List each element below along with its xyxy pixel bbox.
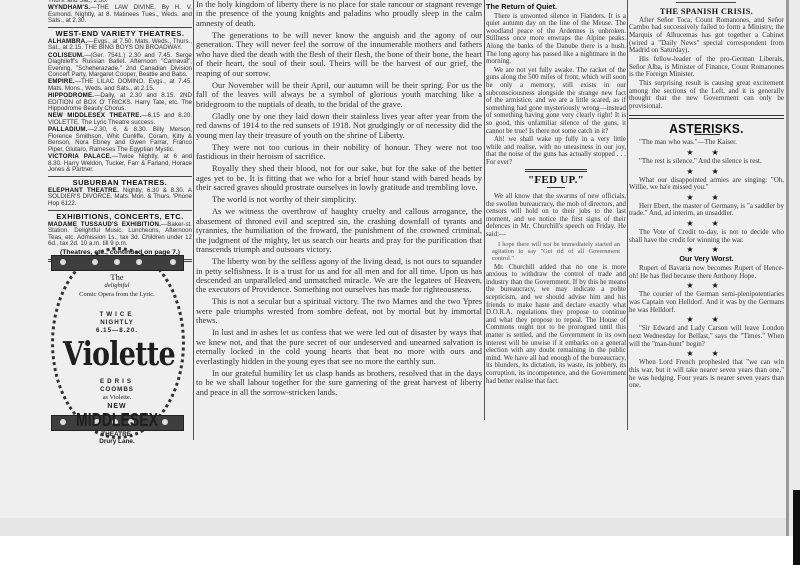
ad-line: Drury Lane. <box>51 438 183 445</box>
ad-line: as Violette. <box>51 394 183 401</box>
article-paragraph: In the holy kingdom of liberty there is … <box>196 0 482 28</box>
return-of-quiet-heading: The Return of Quiet. <box>486 3 626 11</box>
star-separator-icon: ★ ★ <box>629 219 784 228</box>
listing-entry: COLISEUM.—(Ger. 7541.) 2.30 and 7.45. Se… <box>48 53 192 79</box>
ad-line: NIGHTLY <box>51 319 183 326</box>
article-paragraph: As we witness the overthrow of haughty c… <box>196 207 482 254</box>
asterisks-items: "The man who was."—The Kaiser.★ ★"The re… <box>629 139 784 244</box>
newspaper-page: Thurs. and Sat., 2.30. WYNDHAM'S.—THE LA… <box>0 0 788 518</box>
article-paragraph: Royally they shed their blood, not for o… <box>196 164 482 192</box>
ad-title: Violette <box>63 337 171 371</box>
asterisk-item: The Vote of Credit to-day, is not to dec… <box>629 229 784 244</box>
article-paragraph: The liberty won by the selfless agony of… <box>196 257 482 295</box>
ad-line: Comic Opera from the Lyric. <box>51 291 183 298</box>
asterisk-item: What our disappointed armies are singing… <box>629 177 784 192</box>
ad-line: delightful <box>51 282 183 289</box>
article-paragraph: Our November will be their April, our au… <box>196 81 482 109</box>
our-very-worst-heading: Our Very Worst. <box>629 255 784 263</box>
main-article: In the holy kingdom of liberty there is … <box>196 0 482 400</box>
article-paragraph: In lust and in ashes let us confess that… <box>196 328 482 366</box>
listing-entry: EMPIRE.—THE LILAC DOMINO. Evgs., at 7.45… <box>48 79 192 92</box>
article-paragraph: In our grateful humility let us clasp ha… <box>196 369 482 397</box>
asterisk-item: The courier of the German semi-plenipote… <box>629 291 784 314</box>
listing-entry: HIPPODROME.—Daily, at 2.30 and 8.15. 2ND… <box>48 93 192 113</box>
asterisk-item: "Sir Edward and Lady Carson will leave L… <box>629 325 784 348</box>
ad-line: 6.15—8.20. <box>51 327 183 334</box>
column-rule <box>193 0 194 440</box>
listing-entry: PALLADIUM.—2.30, 6, & 8.30. Billy Merson… <box>48 127 192 153</box>
listing-entry: ELEPHANT THEATRE. Nightly, 6.30 & 8.30. … <box>48 188 192 208</box>
divider <box>48 176 192 177</box>
listing-entry: NEW MIDDLESEX THEATRE.—6.15 and 8.20. VI… <box>48 113 192 126</box>
star-separator-icon: ★ ★ <box>629 245 784 254</box>
paragraph: There is unwonted silence in Flanders. I… <box>486 13 626 66</box>
churchill-quote: I hope there will not be immediately sta… <box>492 241 620 262</box>
star-separator-icon: ★ ★ <box>629 349 784 358</box>
ad-line: COOMBS <box>51 386 183 393</box>
paragraph: We are not yet fully awake. The racket o… <box>486 67 626 135</box>
star-separator-icon: ★ ★ <box>629 148 784 157</box>
star-separator-icon: ★ ★ <box>629 281 784 290</box>
section-heading-suburban: SUBURBAN THEATRES. <box>48 179 192 187</box>
exhibitions-list: MADAME TUSSAUD'S EXHIBITION.—Baker-st. S… <box>48 222 192 248</box>
return-of-quiet-body: There is unwonted silence in Flanders. I… <box>486 13 626 167</box>
asterisk-item: When Lord French prophesied that "we can… <box>629 359 784 390</box>
section-heading-exhibitions: EXHIBITIONS, CONCERTS, ETC. <box>48 213 192 221</box>
third-column: The Return of Quiet. There is unwonted s… <box>486 3 626 386</box>
scanned-sheet: Thurs. and Sat., 2.30. WYNDHAM'S.—THE LA… <box>0 0 800 536</box>
paragraph: This surprising result is causing great … <box>629 80 784 111</box>
article-paragraph: This is not a secular but a spiritual vi… <box>196 297 482 325</box>
paragraph: Ah! we shall wake up fully in a very lit… <box>486 136 626 166</box>
star-separator-icon: ★ ★ <box>629 315 784 324</box>
listing-entry: ALHAMBRA.—Evgs., at 7.50. Mats. Weds., T… <box>48 39 192 52</box>
article-paragraph: The generations to be will never know th… <box>196 31 482 78</box>
listing-entry: MADAME TUSSAUD'S EXHIBITION.—Baker-st. S… <box>48 222 192 248</box>
article-paragraph: Gladly one by one they laid down their s… <box>196 112 482 140</box>
violette-advertisement: The delightful Comic Opera from the Lyri… <box>51 255 183 435</box>
asterisk-item: Rupert of Bavaria now becomes Rupert of … <box>629 265 784 280</box>
ad-line: THEATRE, <box>51 431 183 438</box>
asterisk-item: "The rest is silence." And the silence i… <box>629 158 784 166</box>
article-paragraph: The world is not worthy of their simplic… <box>196 195 482 204</box>
spanish-crisis-heading: THE SPANISH CRISIS. <box>629 8 784 16</box>
divider <box>547 187 565 188</box>
fourth-column: THE SPANISH CRISIS. After Señor Toca, Co… <box>629 3 784 391</box>
paragraph: After Señor Toca, Count Romanones, and S… <box>629 17 784 55</box>
paragraph: We all know that the swarms of new offic… <box>486 193 626 239</box>
paragraph: Mr. Churchill added that no one is more … <box>486 264 626 386</box>
ad-top-bar <box>51 255 184 271</box>
our-very-worst-items: Rupert of Bavaria now becomes Rupert of … <box>629 265 784 390</box>
fed-up-body: We all know that the swarms of new offic… <box>486 193 626 239</box>
column-rule <box>627 0 628 430</box>
article-paragraph: They were not too curious in their nobil… <box>196 143 482 162</box>
fed-up-body-continued: Mr. Churchill added that no one is more … <box>486 264 626 386</box>
spanish-crisis-body: After Señor Toca, Count Romanones, and S… <box>629 17 784 111</box>
fed-up-heading: "FED UP." <box>486 177 626 185</box>
divider <box>525 169 587 172</box>
column-rule <box>484 0 485 420</box>
listing-wyndhams: WYNDHAM'S.—THE LAW DIVINE. By H. V. Esmo… <box>48 5 192 25</box>
star-separator-icon: ★ ★ <box>629 193 784 202</box>
paragraph: His fellow-leader of the pro-German Libe… <box>629 56 784 79</box>
ad-line: The <box>51 272 183 282</box>
divider <box>48 210 192 211</box>
variety-list: ALHAMBRA.—Evgs., at 7.50. Mats. Weds., T… <box>48 39 192 174</box>
divider <box>629 115 784 119</box>
ad-line: EDRIS <box>51 378 183 385</box>
ad-line: NEW <box>51 403 183 410</box>
star-separator-icon: ★ ★ <box>629 167 784 176</box>
page-edge <box>786 0 789 536</box>
divider <box>48 27 192 28</box>
asterisk-item: "The man who was."—The Kaiser. <box>629 139 784 147</box>
section-heading-variety: WEST-END VARIETY THEATRES. <box>48 30 192 38</box>
asterisks-heading: ASTERISKS. <box>635 125 778 133</box>
suburban-list: ELEPHANT THEATRE. Nightly, 6.30 & 8.30. … <box>48 188 192 208</box>
ad-theatre-name: MIDDLESEX <box>66 411 169 430</box>
ad-line: TWICE <box>51 311 183 318</box>
theatre-listings: Thurs. and Sat., 2.30. WYNDHAM'S.—THE LA… <box>48 0 192 264</box>
listing-entry: VICTORIA PALACE.—Twice Nightly, at 6 and… <box>48 154 192 174</box>
asterisk-item: Herr Ebert, the master of Germany, is "a… <box>629 203 784 218</box>
scan-edge <box>793 490 800 565</box>
